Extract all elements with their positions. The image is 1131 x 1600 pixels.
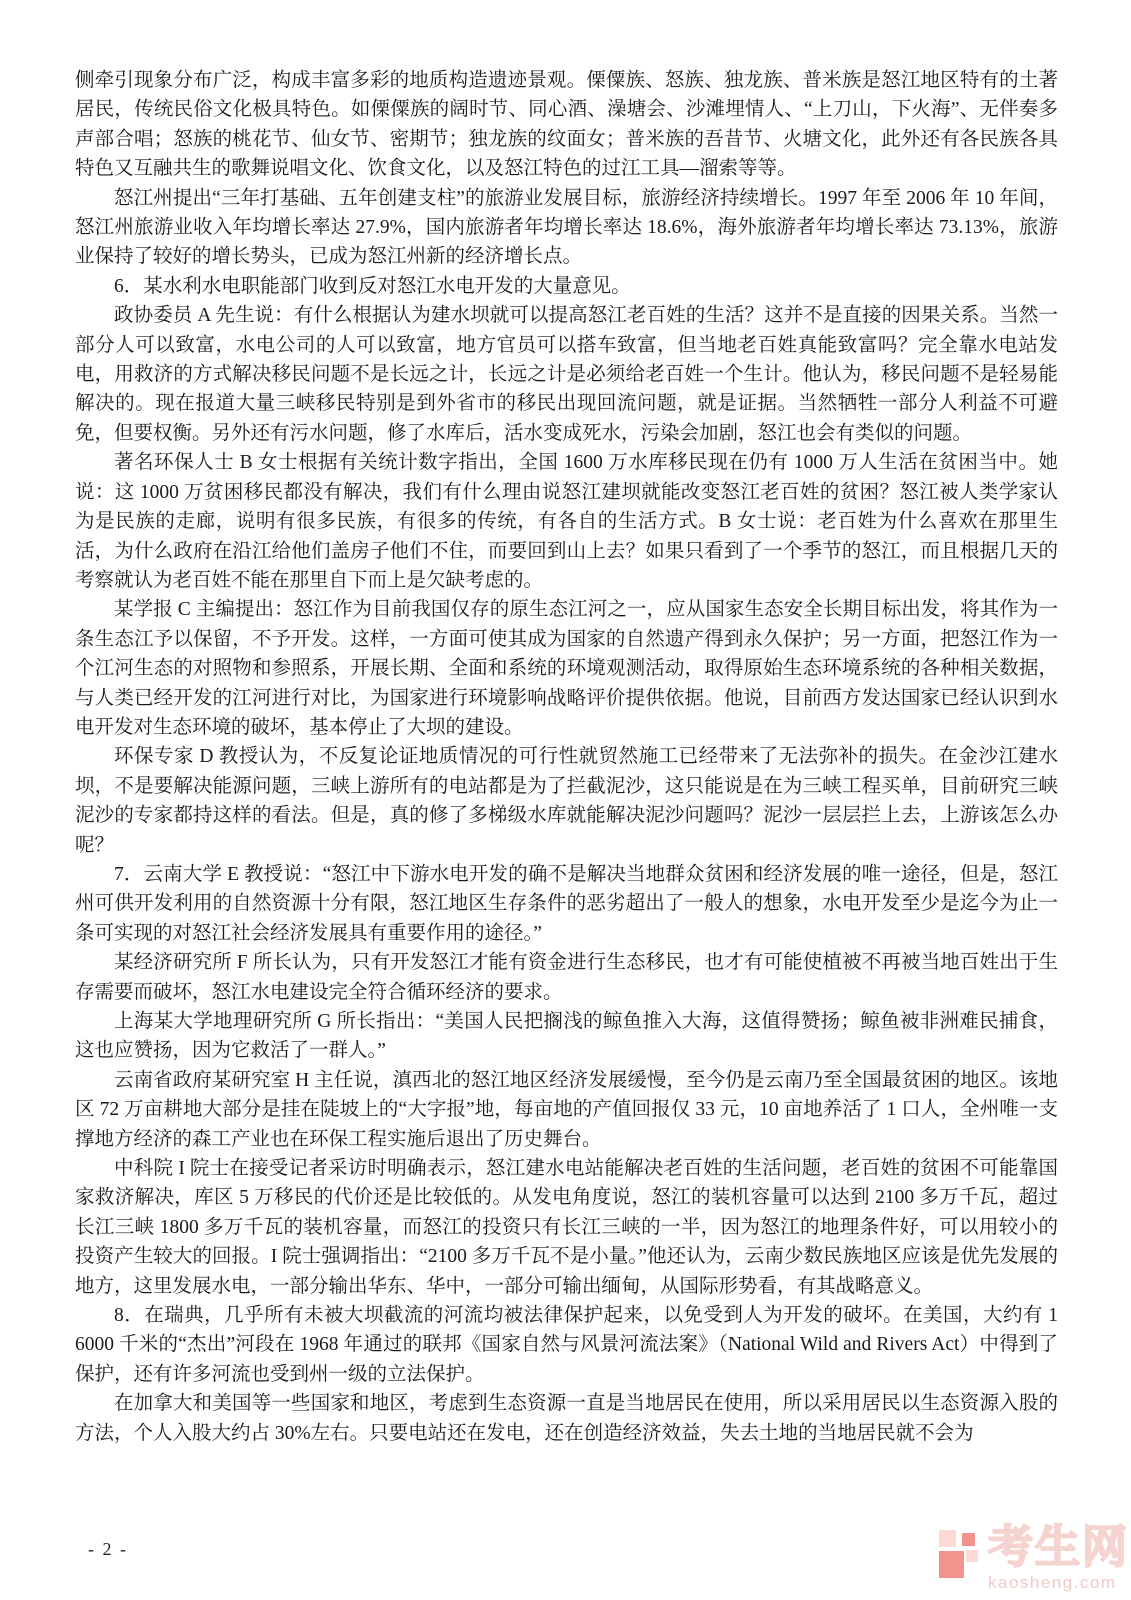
watermark-text: 考生网 kaosheng.com (988, 1524, 1129, 1593)
paragraph: 怒江州提出“三年打基础、五年创建支柱”的旅游业发展目标，旅游经济持续增长。199… (75, 184, 1058, 272)
logo-square-light-bottom (966, 1550, 978, 1562)
paragraph: 在加拿大和美国等一些国家和地区，考虑到生态资源一直是当地居民在使用，所以采用居民… (75, 1389, 1058, 1448)
paragraph: 某经济研究所 F 所长认为，只有开发怒江才能有资金进行生态移民，也才有可能使植被… (75, 948, 1058, 1007)
kaosheng-watermark: 考生网 kaosheng.com (939, 1524, 1129, 1598)
paragraph: 某学报 C 主编提出：怒江作为目前我国仅存的原生态江河之一，应从国家生态安全长期… (75, 595, 1058, 742)
body-text: 侧牵引现象分布广泛，构成丰富多彩的地质构造遗迹景观。傈僳族、怒族、独龙族、普米族… (75, 66, 1058, 1448)
logo-square-light-top (939, 1530, 956, 1547)
paragraph: 上海某大学地理研究所 G 所长指出：“美国人民把搁浅的鲸鱼推入大海，这值得赞扬；… (75, 1007, 1058, 1066)
paragraph: 中科院 I 院士在接受记者采访时明确表示，怒江建水电站能解决老百姓的生活问题，老… (75, 1154, 1058, 1301)
page-number: - 2 - (88, 1539, 128, 1560)
logo-square-red-top (962, 1533, 975, 1546)
paragraph-continuation: 侧牵引现象分布广泛，构成丰富多彩的地质构造遗迹景观。傈僳族、怒族、独龙族、普米族… (75, 66, 1058, 184)
paragraph: 著名环保人士 B 女士根据有关统计数字指出，全国 1600 万水库移民现在仍有 … (75, 448, 1058, 595)
watermark-brand: 考生网 (988, 1524, 1129, 1570)
watermark-domain: kaosheng.com (988, 1573, 1129, 1593)
document-page: 侧牵引现象分布广泛，构成丰富多彩的地质构造遗迹景观。傈僳族、怒族、独龙族、普米族… (0, 0, 1131, 1600)
paragraph: 云南省政府某研究室 H 主任说，滇西北的怒江地区经济发展缓慢，至今仍是云南乃至全… (75, 1066, 1058, 1154)
logo-square-red-bottom (939, 1551, 964, 1578)
kaosheng-logo-icon (939, 1524, 979, 1598)
paragraph-item-6: 6．某水利水电职能部门收到反对怒江水电开发的大量意见。 (75, 272, 1058, 301)
paragraph-item-7: 7．云南大学 E 教授说：“怒江中下游水电开发的确不是解决当地群众贫困和经济发展… (75, 860, 1058, 948)
paragraph: 环保专家 D 教授认为，不反复论证地质情况的可行性就贸然施工已经带来了无法弥补的… (75, 742, 1058, 860)
paragraph-item-8: 8．在瑞典，几乎所有未被大坝截流的河流均被法律保护起来，以免受到人为开发的破坏。… (75, 1301, 1058, 1389)
paragraph: 政协委员 A 先生说：有什么根据认为建水坝就可以提高怒江老百姓的生活？这并不是直… (75, 301, 1058, 448)
